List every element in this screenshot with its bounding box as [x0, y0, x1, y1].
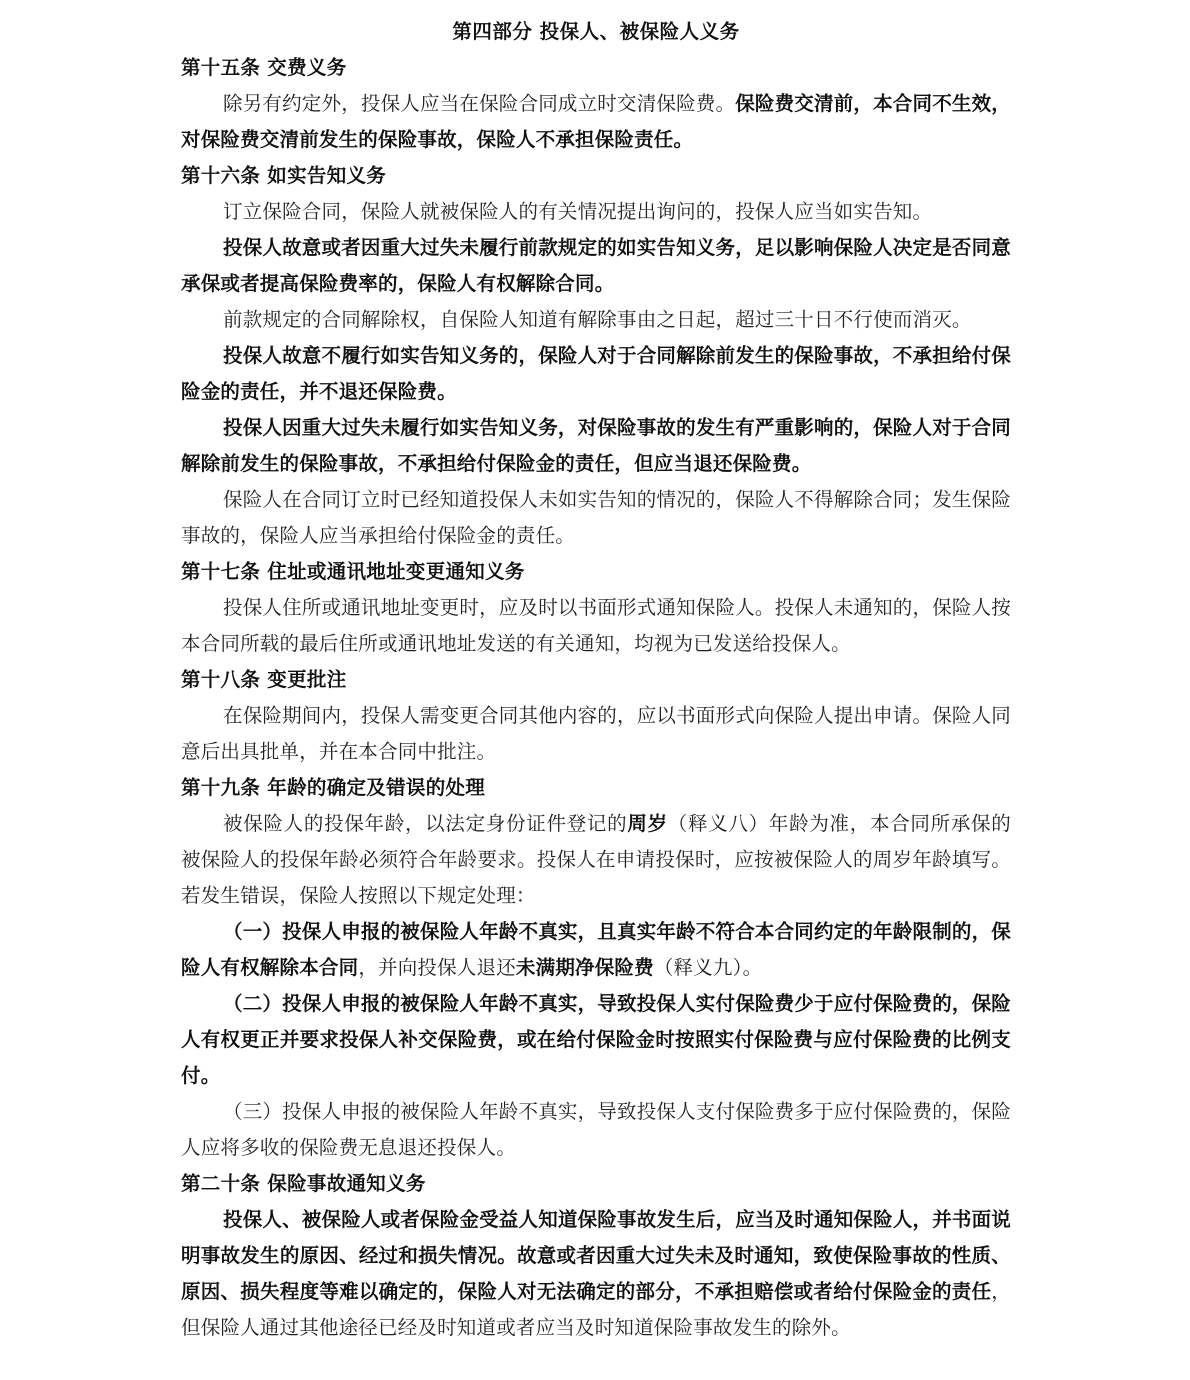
- text-run: 订立保险合同，保险人就被保险人的有关情况提出询问的，投保人应当如实告知。: [223, 200, 932, 223]
- text-run: （释义九）。: [654, 956, 762, 979]
- bold-text-run: 投保人因重大过失未履行如实告知义务，对保险事故的发生有严重影响的，保险人对于合同…: [181, 416, 1011, 475]
- text-run: 前款规定的合同解除权，自保险人知道有解除事由之日起，超过三十日不行使而消灭。: [223, 308, 972, 331]
- paragraph: 投保人住所或通讯地址变更时，应及时以书面形式通知保险人。投保人未通知的，保险人按…: [181, 590, 1011, 662]
- paragraph: （三）投保人申报的被保险人年龄不真实，导致投保人支付保险费多于应付保险费的，保险…: [181, 1094, 1011, 1166]
- article-heading: 第十八条 变更批注: [181, 662, 1011, 698]
- article-19: 第十九条 年龄的确定及错误的处理 被保险人的投保年龄，以法定身份证件登记的周岁（…: [181, 770, 1011, 1166]
- text-run: 在保险期间内，投保人需变更合同其他内容的，应以书面形式向保险人提出申请。保险人同…: [181, 704, 1011, 763]
- paragraph: （二）投保人申报的被保险人年龄不真实，导致投保人实付保险费少于应付保险费的，保险…: [181, 986, 1011, 1094]
- article-17: 第十七条 住址或通讯地址变更通知义务 投保人住所或通讯地址变更时，应及时以书面形…: [181, 554, 1011, 662]
- paragraph: 投保人故意不履行如实告知义务的，保险人对于合同解除前发生的保险事故，不承担给付保…: [181, 338, 1011, 410]
- paragraph: 投保人因重大过失未履行如实告知义务，对保险事故的发生有严重影响的，保险人对于合同…: [181, 410, 1011, 482]
- bold-text-run: （二）投保人申报的被保险人年龄不真实，导致投保人实付保险费少于应付保险费的，保险…: [181, 992, 1011, 1087]
- paragraph: 保险人在合同订立时已经知道投保人未如实告知的情况的，保险人不得解除合同；发生保险…: [181, 482, 1011, 554]
- article-heading: 第十七条 住址或通讯地址变更通知义务: [181, 554, 1011, 590]
- text-run: 除另有约定外，投保人应当在保险合同成立时交清保险费。: [223, 92, 735, 115]
- paragraph: 在保险期间内，投保人需变更合同其他内容的，应以书面形式向保险人提出申请。保险人同…: [181, 698, 1011, 770]
- text-run: 投保人住所或通讯地址变更时，应及时以书面形式通知保险人。投保人未通知的，保险人按…: [181, 596, 1011, 655]
- text-run: （三）投保人申报的被保险人年龄不真实，导致投保人支付保险费多于应付保险费的，保险…: [181, 1100, 1011, 1159]
- bold-text-run: 投保人故意不履行如实告知义务的，保险人对于合同解除前发生的保险事故，不承担给付保…: [181, 344, 1011, 403]
- bold-text-run: 投保人故意或者因重大过失未履行前款规定的如实告知义务，足以影响保险人决定是否同意…: [181, 236, 1011, 295]
- article-heading: 第二十条 保险事故通知义务: [181, 1166, 1011, 1202]
- paragraph: 被保险人的投保年龄，以法定身份证件登记的周岁（释义八）年龄为准，本合同所承保的被…: [181, 806, 1011, 914]
- article-15: 第十五条 交费义务 除另有约定外，投保人应当在保险合同成立时交清保险费。保险费交…: [181, 50, 1011, 158]
- paragraph: 订立保险合同，保险人就被保险人的有关情况提出询问的，投保人应当如实告知。: [181, 194, 1011, 230]
- article-heading: 第十六条 如实告知义务: [181, 158, 1011, 194]
- paragraph: 投保人故意或者因重大过失未履行前款规定的如实告知义务，足以影响保险人决定是否同意…: [181, 230, 1011, 302]
- bold-text-run: 周岁: [627, 812, 667, 835]
- bold-text-run: 投保人、被保险人或者保险金受益人知道保险事故发生后，应当及时通知保险人，并书面说…: [181, 1208, 1011, 1303]
- section-title: 第四部分 投保人、被保险人义务: [181, 14, 1011, 50]
- article-heading: 第十五条 交费义务: [181, 50, 1011, 86]
- article-20: 第二十条 保险事故通知义务 投保人、被保险人或者保险金受益人知道保险事故发生后，…: [181, 1166, 1011, 1346]
- bold-text-run: 未满期净保险费: [516, 956, 654, 979]
- article-heading: 第十九条 年龄的确定及错误的处理: [181, 770, 1011, 806]
- paragraph: 前款规定的合同解除权，自保险人知道有解除事由之日起，超过三十日不行使而消灭。: [181, 302, 1011, 338]
- text-run: ，并向投保人退还: [358, 956, 516, 979]
- article-18: 第十八条 变更批注 在保险期间内，投保人需变更合同其他内容的，应以书面形式向保险…: [181, 662, 1011, 770]
- paragraph: 投保人、被保险人或者保险金受益人知道保险事故发生后，应当及时通知保险人，并书面说…: [181, 1202, 1011, 1346]
- article-16: 第十六条 如实告知义务 订立保险合同，保险人就被保险人的有关情况提出询问的，投保…: [181, 158, 1011, 554]
- text-run: 被保险人的投保年龄，以法定身份证件登记的: [223, 812, 627, 835]
- document-page: 第四部分 投保人、被保险人义务 第十五条 交费义务 除另有约定外，投保人应当在保…: [181, 14, 1011, 1346]
- paragraph: 除另有约定外，投保人应当在保险合同成立时交清保险费。保险费交清前，本合同不生效，…: [181, 86, 1011, 158]
- text-run: 保险人在合同订立时已经知道投保人未如实告知的情况的，保险人不得解除合同；发生保险…: [181, 488, 1011, 547]
- paragraph: （一）投保人申报的被保险人年龄不真实，且真实年龄不符合本合同约定的年龄限制的，保…: [181, 914, 1011, 986]
